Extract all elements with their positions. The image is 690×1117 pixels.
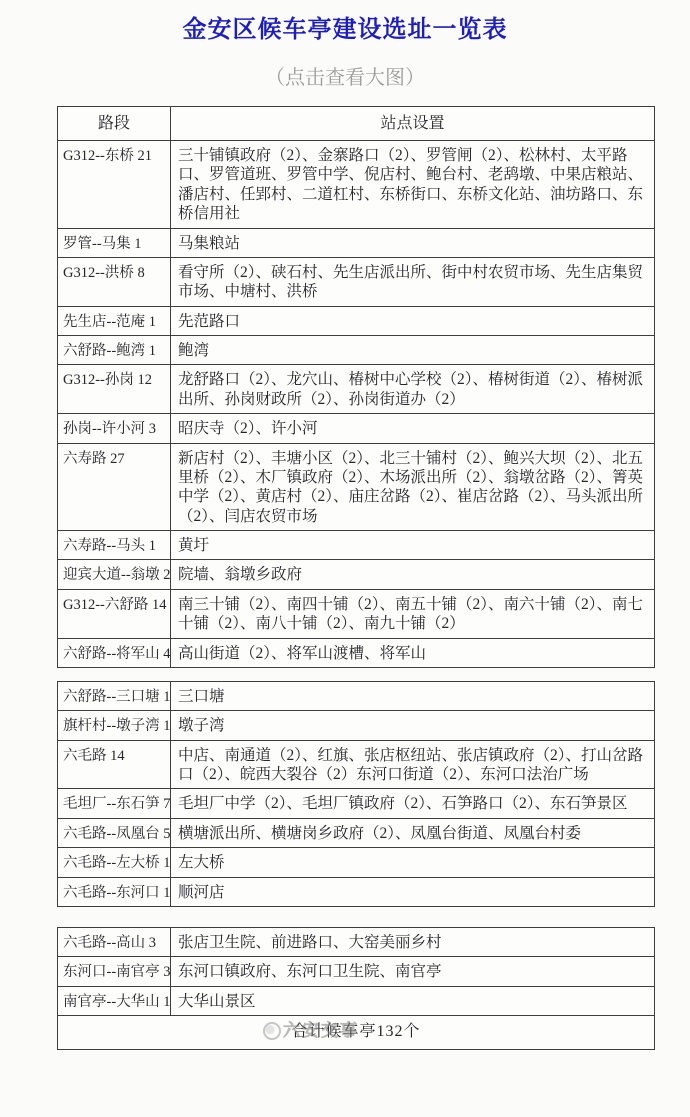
table-row: G312--孙岗 12 龙舒路口（2）、龙穴山、椿树中心学校（2）、椿树街道（2…	[58, 365, 655, 414]
road-segment-cell: 六毛路--东河口 1	[58, 877, 171, 906]
table-row: 旗杆村--墩子湾 1 墩子湾	[58, 711, 655, 740]
road-segment-cell: 六舒路--鲍湾 1	[58, 336, 171, 365]
shelter-table-section-2: 六舒路--三口塘 1 三口塘 旗杆村--墩子湾 1 墩子湾 六毛路 14 中店、…	[57, 681, 655, 907]
road-segment-cell: G312--六舒路 14	[58, 589, 171, 638]
road-segment-cell: 罗管--马集 1	[58, 228, 171, 257]
stations-cell: 新店村（2）、丰塘小区（2）、北三十铺村（2）、鲍兴大坝（2）、北五里桥（2）、…	[171, 443, 655, 531]
table-row: 南官亭--大华山 1 大华山景区	[58, 986, 655, 1015]
table-row: 六毛路--凤凰台 5 横塘派出所、横塘岗乡政府（2）、凤凰台街道、凤凰台村委	[58, 818, 655, 847]
road-segment-cell: 旗杆村--墩子湾 1	[58, 711, 171, 740]
stations-cell: 中店、南通道（2）、红旗、张店枢纽站、张店镇政府（2）、打山岔路口（2）、皖西大…	[171, 740, 655, 789]
stations-cell: 顺河店	[171, 877, 655, 906]
table-row: G312--六舒路 14 南三十铺（2）、南四十铺（2）、南五十铺（2）、南六十…	[58, 589, 655, 638]
stations-cell: 龙舒路口（2）、龙穴山、椿树中心学校（2）、椿树街道（2）、椿树派出所、孙岗财政…	[171, 365, 655, 414]
shelter-table-section-1: 路段 站点设置 G312--东桥 21 三十铺镇政府（2）、金寨路口（2）、罗管…	[57, 106, 655, 668]
road-segment-cell: 先生店--范庵 1	[58, 306, 171, 335]
stations-cell: 鲍湾	[171, 336, 655, 365]
table-row: 孙岗--许小河 3 昭庆寺（2）、许小河	[58, 414, 655, 443]
table-row: 迎宾大道--翁墩 2 院墙、翁墩乡政府	[58, 560, 655, 589]
table-header-row: 路段 站点设置	[58, 107, 655, 141]
stations-cell: 先范路口	[171, 306, 655, 335]
road-segment-cell: 迎宾大道--翁墩 2	[58, 560, 171, 589]
column-header-stations: 站点设置	[171, 107, 655, 141]
table-row: 六寿路--马头 1 黄圩	[58, 531, 655, 560]
page-subtitle[interactable]: （点击查看大图）	[0, 44, 690, 106]
page-title: 金安区候车亭建设选址一览表	[0, 0, 690, 44]
stations-cell: 高山街道（2）、将军山渡槽、将军山	[171, 638, 655, 667]
stations-cell: 院墙、翁墩乡政府	[171, 560, 655, 589]
table-row: 东河口--南官亭 3 东河口镇政府、东河口卫生院、南官亭	[58, 957, 655, 986]
road-segment-cell: G312--东桥 21	[58, 141, 171, 229]
table-row: 六舒路--将军山 4 高山街道（2）、将军山渡槽、将军山	[58, 638, 655, 667]
total-summary: 合计候车亭132个	[291, 1023, 420, 1040]
road-segment-cell: 六毛路 14	[58, 740, 171, 789]
stations-cell: 三十铺镇政府（2）、金寨路口（2）、罗管闸（2）、松林村、太平路口、罗管道班、罗…	[171, 141, 655, 229]
table-row: 六舒路--三口塘 1 三口塘	[58, 681, 655, 710]
road-segment-cell: 毛坦厂--东石笋 7	[58, 789, 171, 818]
road-segment-cell: 南官亭--大华山 1	[58, 986, 171, 1015]
column-header-road: 路段	[58, 107, 171, 141]
stations-cell: 马集粮站	[171, 228, 655, 257]
stations-cell: 毛坦厂中学（2）、毛坦厂镇政府（2）、石笋路口（2）、东石笋景区	[171, 789, 655, 818]
road-segment-cell: 六毛路--高山 3	[58, 927, 171, 956]
table-row: G312--东桥 21 三十铺镇政府（2）、金寨路口（2）、罗管闸（2）、松林村…	[58, 141, 655, 229]
stations-cell: 看守所（2）、硖石村、先生店派出所、街中村农贸市场、先生店集贸市场、中塘村、洪桥	[171, 257, 655, 306]
stations-cell: 东河口镇政府、东河口卫生院、南官亭	[171, 957, 655, 986]
road-segment-cell: 六毛路--凤凰台 5	[58, 818, 171, 847]
table-row: 六寿路 27 新店村（2）、丰塘小区（2）、北三十铺村（2）、鲍兴大坝（2）、北…	[58, 443, 655, 531]
stations-cell: 三口塘	[171, 681, 655, 710]
table-row: 六毛路--高山 3 张店卫生院、前进路口、大窑美丽乡村	[58, 927, 655, 956]
shelter-table-section-3: 六毛路--高山 3 张店卫生院、前进路口、大窑美丽乡村 东河口--南官亭 3 东…	[57, 927, 655, 1050]
road-segment-cell: 东河口--南官亭 3	[58, 957, 171, 986]
stations-cell: 大华山景区	[171, 986, 655, 1015]
road-segment-cell: G312--孙岗 12	[58, 365, 171, 414]
table-row: G312--洪桥 8 看守所（2）、硖石村、先生店派出所、街中村农贸市场、先生店…	[58, 257, 655, 306]
road-segment-cell: 六舒路--将军山 4	[58, 638, 171, 667]
stations-cell: 黄圩	[171, 531, 655, 560]
table-row: 六毛路--左大桥 1 左大桥	[58, 848, 655, 877]
table-row: 六毛路--东河口 1 顺河店	[58, 877, 655, 906]
total-summary-cell: 合计候车亭132个 六安交事	[58, 1016, 655, 1050]
stations-cell: 南三十铺（2）、南四十铺（2）、南五十铺（2）、南六十铺（2）、南七十铺（2）、…	[171, 589, 655, 638]
road-segment-cell: 六寿路--马头 1	[58, 531, 171, 560]
stations-cell: 张店卫生院、前进路口、大窑美丽乡村	[171, 927, 655, 956]
stations-cell: 昭庆寺（2）、许小河	[171, 414, 655, 443]
table-row: 六毛路 14 中店、南通道（2）、红旗、张店枢纽站、张店镇政府（2）、打山岔路口…	[58, 740, 655, 789]
road-segment-cell: G312--洪桥 8	[58, 257, 171, 306]
road-segment-cell: 六寿路 27	[58, 443, 171, 531]
stations-cell: 横塘派出所、横塘岗乡政府（2）、凤凰台街道、凤凰台村委	[171, 818, 655, 847]
table-row: 六舒路--鲍湾 1 鲍湾	[58, 336, 655, 365]
summary-row: 合计候车亭132个 六安交事	[58, 1016, 655, 1050]
page: 金安区候车亭建设选址一览表 （点击查看大图） 路段 站点设置 G312--东桥 …	[0, 0, 690, 1117]
table-row: 毛坦厂--东石笋 7 毛坦厂中学（2）、毛坦厂镇政府（2）、石笋路口（2）、东石…	[58, 789, 655, 818]
watermark-logo-icon	[263, 1022, 281, 1040]
table-row: 罗管--马集 1 马集粮站	[58, 228, 655, 257]
table-row: 先生店--范庵 1 先范路口	[58, 306, 655, 335]
stations-cell: 墩子湾	[171, 711, 655, 740]
road-segment-cell: 六毛路--左大桥 1	[58, 848, 171, 877]
stations-cell: 左大桥	[171, 848, 655, 877]
road-segment-cell: 六舒路--三口塘 1	[58, 681, 171, 710]
road-segment-cell: 孙岗--许小河 3	[58, 414, 171, 443]
